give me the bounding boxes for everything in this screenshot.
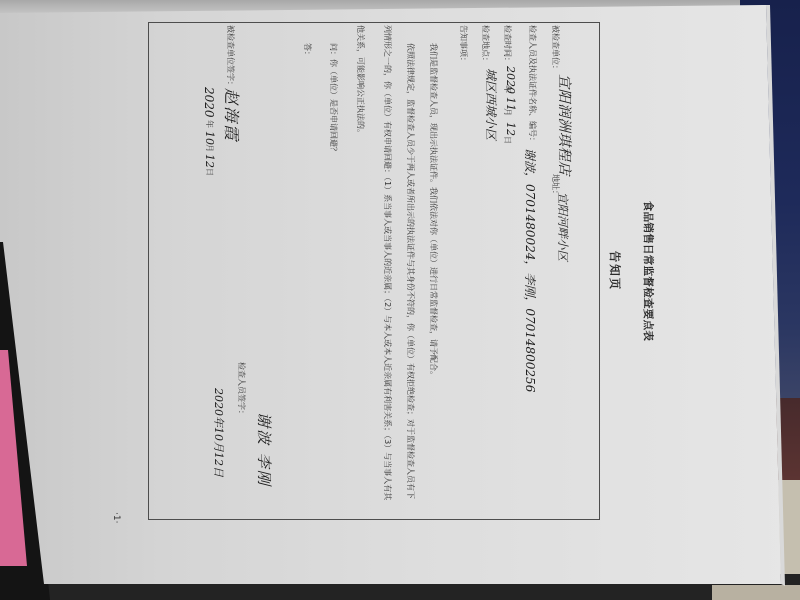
inspector-sign-date: 2020年10月12日 <box>213 388 224 477</box>
inspected-unit-sign-month-unit: 月 <box>203 144 215 152</box>
inspected-unit-sign-year-unit: 年 <box>203 120 215 128</box>
document-page: 食品销售日常监督检查要点表 告知页 被检查单位： 宜阳润洲琪程店 地址： 宜阳河… <box>0 0 780 600</box>
document-subtitle: 告知页 <box>608 22 621 520</box>
inspection-day: 12 <box>505 122 516 136</box>
page-number: ·1· <box>110 512 122 523</box>
inspector-signature-label: 检查人员签字： <box>235 362 247 418</box>
inspected-unit-signature: 赵海霞 <box>223 88 239 142</box>
notice-line: 列情形之一的，你（单位）有权申请回避：（1）系当事人或当事人的近亲属；（2）与本… <box>381 25 393 500</box>
notice-line: 我们是监督检查人员，现出示执法证件。我们依法对你（单位）进行日常监督检查，请予配… <box>427 43 439 379</box>
inspected-unit-sign-day: 12 <box>204 154 215 168</box>
notice-line: 依照法律规定，监督检查人员少于两人或者所出示的执法证件与其身份不符的，你（单位）… <box>404 43 416 499</box>
inspected-unit-sign-year: 2020 <box>203 87 215 118</box>
inspection-time-label: 检查时间： <box>501 25 513 65</box>
recusal-answer-label: 答： <box>301 43 313 59</box>
inspected-unit-sign-day-unit: 日 <box>203 168 215 176</box>
recusal-question: 问：你（单位）是否申请回避？ <box>327 43 339 155</box>
inspection-place-label: 检查地点： <box>479 25 491 65</box>
inspected-unit-signature-label: 被检查单位签字： <box>224 25 236 89</box>
inspector-signature: 谢波 李刚 <box>256 412 271 487</box>
inspectors-label: 检查人员及执法证件名称、编号： <box>526 25 538 145</box>
inspection-month-unit: 月 <box>501 108 513 116</box>
document-title: 食品销售日常监督检查要点表 <box>642 22 654 520</box>
notice-heading: 告知事项： <box>457 25 469 65</box>
inspected-unit-value: 宜阳润洲琪程店 <box>557 74 571 176</box>
notice-line: 他关系，可能影响公正执法的。 <box>354 25 366 137</box>
inspection-place-value: 城区西城小区 <box>485 68 497 140</box>
inspected-unit-label: 被检查单位： <box>549 25 561 73</box>
address-value: 宜阳河畔小区 <box>557 192 569 261</box>
inspection-year-unit: 年 <box>501 85 513 93</box>
inspection-day-unit: 日 <box>501 136 513 144</box>
inspected-unit-sign-month: 10 <box>204 131 215 145</box>
inspectors-value: 谢波，0701480024，李刚，07014800256 <box>524 148 536 392</box>
